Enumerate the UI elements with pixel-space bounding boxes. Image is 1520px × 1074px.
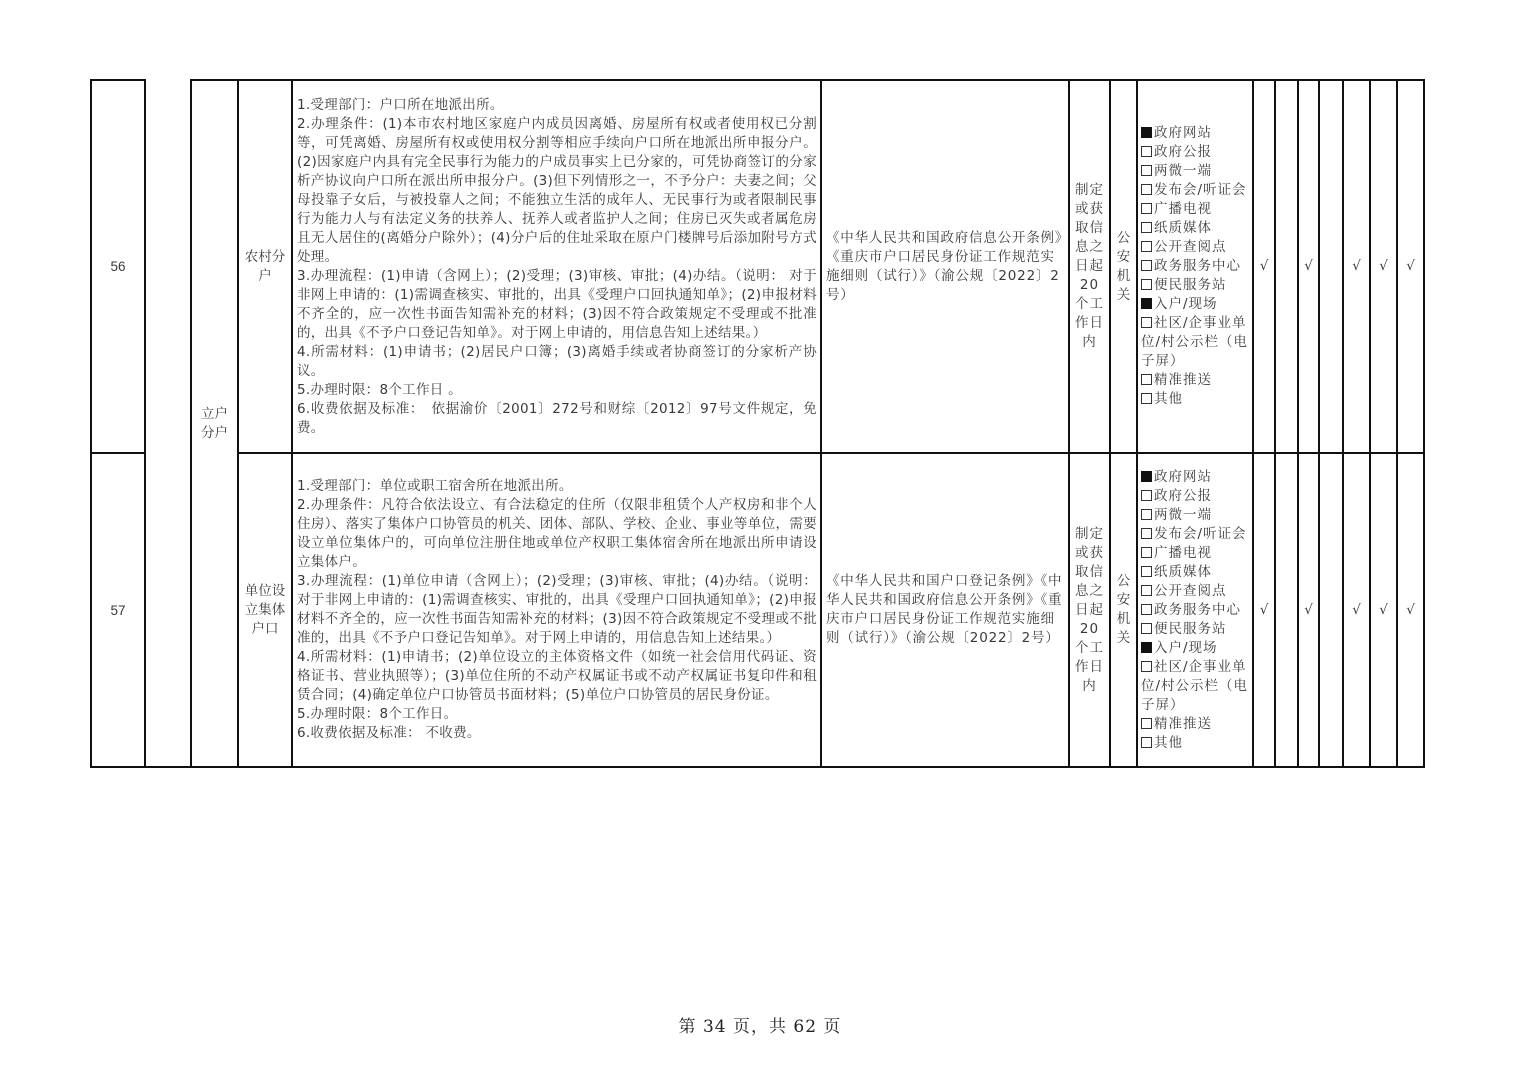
channel-item: 社区/企事业单位/村公示栏（电子屏） <box>1141 314 1250 371</box>
channel-item: 广播电视 <box>1141 200 1250 219</box>
channel-item: 政府公报 <box>1141 143 1250 162</box>
unchecked-box-icon <box>1141 146 1152 157</box>
check-mark-cell: √ <box>1343 453 1370 767</box>
unchecked-box-icon <box>1141 203 1152 214</box>
unchecked-box-icon <box>1141 623 1152 634</box>
subcategory-label: 单位设立集体户口 <box>245 583 286 637</box>
category-cell: 立户分户 <box>191 80 238 767</box>
table-row: 56 立户分户 农村分户 1.受理部门：户口所在地派出所。 2.办理条件：(1)… <box>91 80 1424 453</box>
content-line: 2.办理条件：(1)本市农村地区家庭户内成员因离婚、房屋所有权或者使用权已分割等… <box>297 115 817 267</box>
checked-box-icon <box>1141 298 1152 309</box>
content-line: 6.收费依据及标准： 不收费。 <box>297 724 817 743</box>
channel-item: 公开查阅点 <box>1141 238 1250 257</box>
row-number: 56 <box>91 80 145 453</box>
channels-cell: 政府网站 政府公报 两微一端 发布会/听证会 广播电视 纸质媒体 公开查阅点 政… <box>1137 453 1253 767</box>
unchecked-box-icon <box>1141 222 1152 233</box>
subject-text: 公安机关 <box>1116 229 1131 305</box>
channels-cell: 政府网站 政府公报 两微一端 发布会/听证会 广播电视 纸质媒体 公开查阅点 政… <box>1137 80 1253 453</box>
content-line: 2.办理条件：凡符合依法设立、有合法稳定的住所（仅限非租赁个人产权房和非个人住房… <box>297 496 817 572</box>
legal-basis-cell: 《中华人民共和国户口登记条例》《中华人民共和国政府信息公开条例》《重庆市户口居民… <box>821 453 1069 767</box>
channel-item: 入户/现场 <box>1141 639 1250 658</box>
subcategory-cell: 单位设立集体户口 <box>238 453 292 767</box>
content-line: 6.收费依据及标准： 依据渝价〔2001〕272号和财综〔2012〕97号文件规… <box>297 400 817 438</box>
check-mark-cell: √ <box>1397 453 1424 767</box>
check-mark-cell: √ <box>1370 453 1397 767</box>
check-mark-cell: √ <box>1298 453 1319 767</box>
content-line: 3.办理流程：(1)申请（含网上）；(2)受理；(3)审核、审批；(4)办结。（… <box>297 267 817 343</box>
unchecked-box-icon <box>1141 317 1152 328</box>
unchecked-box-icon <box>1141 241 1152 252</box>
table-row: 57 单位设立集体户口 1.受理部门：单位或职工宿舍所在地派出所。 2.办理条件… <box>91 453 1424 767</box>
content-line: 4.所需材料：(1)申请书；(2)单位设立的主体资格文件（如统一社会信用代码证、… <box>297 648 817 705</box>
unchecked-box-icon <box>1141 165 1152 176</box>
subcategory-cell: 农村分户 <box>238 80 292 453</box>
channel-item: 其他 <box>1141 390 1250 409</box>
unchecked-box-icon <box>1141 661 1152 672</box>
checked-box-icon <box>1141 127 1152 138</box>
channel-item: 两微一端 <box>1141 162 1250 181</box>
unchecked-box-icon <box>1141 585 1152 596</box>
unchecked-box-icon <box>1141 279 1152 290</box>
subcategory-label: 农村分户 <box>245 249 286 284</box>
unchecked-box-icon <box>1141 374 1152 385</box>
category-label: 立户分户 <box>200 405 230 443</box>
content-line: 5.办理时限：8个工作日 。 <box>297 381 817 400</box>
channel-item: 纸质媒体 <box>1141 219 1250 238</box>
unchecked-box-icon <box>1141 528 1152 539</box>
channel-item: 政务服务中心 <box>1141 601 1250 620</box>
page-footer: 第 34 页，共 62 页 <box>0 1012 1520 1037</box>
channel-item: 便民服务站 <box>1141 620 1250 639</box>
channel-item: 纸质媒体 <box>1141 563 1250 582</box>
time-limit-cell: 制定或获取信息之日起20个工作日内 <box>1069 453 1110 767</box>
unchecked-box-icon <box>1141 547 1152 558</box>
row-number: 57 <box>91 453 145 767</box>
check-mark-cell: √ <box>1298 80 1319 453</box>
channel-item: 精准推送 <box>1141 371 1250 390</box>
check-mark-cell <box>1319 80 1343 453</box>
channel-item: 政府网站 <box>1141 124 1250 143</box>
empty-cell <box>145 453 191 767</box>
channel-item: 发布会/听证会 <box>1141 181 1250 200</box>
content-line: 4.所需材料：(1)申请书；(2)居民户口簿；(3)离婚手续或者协商签订的分家析… <box>297 343 817 381</box>
channel-item: 广播电视 <box>1141 544 1250 563</box>
unchecked-box-icon <box>1141 184 1152 195</box>
channel-item: 发布会/听证会 <box>1141 525 1250 544</box>
channel-item: 政务服务中心 <box>1141 257 1250 276</box>
check-mark-cell: √ <box>1343 80 1370 453</box>
check-mark-cell <box>1275 453 1298 767</box>
legal-basis-cell: 《中华人民共和国政府信息公开条例》《重庆市户口居民身份证工作规范实施细则（试行）… <box>821 80 1069 453</box>
check-mark-cell: √ <box>1397 80 1424 453</box>
channel-item: 社区/企事业单位/村公示栏（电子屏） <box>1141 658 1250 715</box>
unchecked-box-icon <box>1141 260 1152 271</box>
document-page: 56 立户分户 农村分户 1.受理部门：户口所在地派出所。 2.办理条件：(1)… <box>0 0 1520 1074</box>
content-line: 1.受理部门：单位或职工宿舍所在地派出所。 <box>297 477 817 496</box>
checked-box-icon <box>1141 471 1152 482</box>
channel-item: 入户/现场 <box>1141 295 1250 314</box>
content-line: 1.受理部门：户口所在地派出所。 <box>297 96 817 115</box>
channel-item: 便民服务站 <box>1141 276 1250 295</box>
unchecked-box-icon <box>1141 566 1152 577</box>
check-mark-cell: √ <box>1370 80 1397 453</box>
channel-item: 公开查阅点 <box>1141 582 1250 601</box>
subject-cell: 公安机关 <box>1110 453 1137 767</box>
unchecked-box-icon <box>1141 718 1152 729</box>
unchecked-box-icon <box>1141 604 1152 615</box>
channel-item: 精准推送 <box>1141 715 1250 734</box>
unchecked-box-icon <box>1141 393 1152 404</box>
empty-cell <box>145 80 191 453</box>
content-line: 3.办理流程：(1)单位申请（含网上）；(2)受理；(3)审核、审批；(4)办结… <box>297 572 817 648</box>
subject-cell: 公安机关 <box>1110 80 1137 453</box>
content-cell: 1.受理部门：户口所在地派出所。 2.办理条件：(1)本市农村地区家庭户内成员因… <box>292 80 821 453</box>
time-limit-text: 制定或获取信息之日起20个工作日内 <box>1075 525 1105 696</box>
channel-item: 两微一端 <box>1141 506 1250 525</box>
unchecked-box-icon <box>1141 509 1152 520</box>
check-mark-cell <box>1319 453 1343 767</box>
content-line: 5.办理时限：8个工作日。 <box>297 705 817 724</box>
channel-item: 其他 <box>1141 734 1250 753</box>
time-limit-cell: 制定或获取信息之日起20个工作日内 <box>1069 80 1110 453</box>
subject-text: 公安机关 <box>1116 572 1131 648</box>
unchecked-box-icon <box>1141 490 1152 501</box>
check-mark-cell: √ <box>1253 453 1275 767</box>
check-mark-cell <box>1275 80 1298 453</box>
checked-box-icon <box>1141 642 1152 653</box>
channel-item: 政府公报 <box>1141 487 1250 506</box>
check-mark-cell: √ <box>1253 80 1275 453</box>
unchecked-box-icon <box>1141 737 1152 748</box>
time-limit-text: 制定或获取信息之日起20个工作日内 <box>1075 181 1105 352</box>
disclosure-table: 56 立户分户 农村分户 1.受理部门：户口所在地派出所。 2.办理条件：(1)… <box>90 79 1425 768</box>
content-cell: 1.受理部门：单位或职工宿舍所在地派出所。 2.办理条件：凡符合依法设立、有合法… <box>292 453 821 767</box>
channel-item: 政府网站 <box>1141 468 1250 487</box>
